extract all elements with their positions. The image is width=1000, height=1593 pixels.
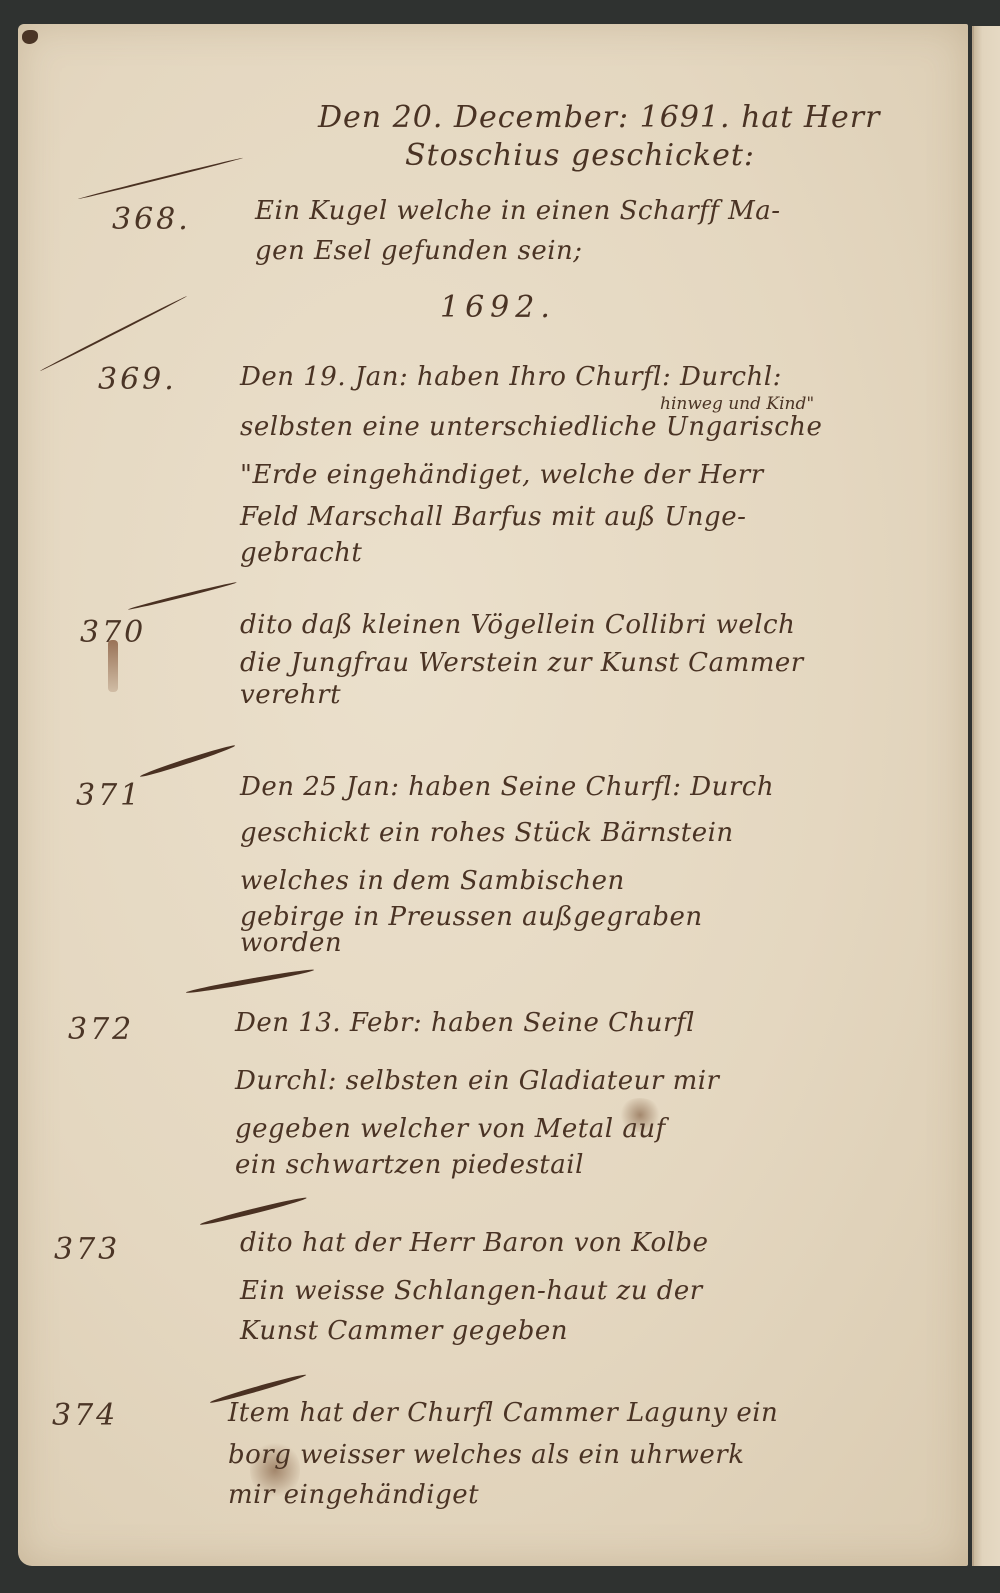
interlinear-insertion: hinweg und Kind" xyxy=(660,394,814,414)
entry-line: verehrt xyxy=(240,680,341,710)
entry-number: 373 xyxy=(54,1232,120,1267)
entry-line: welches in dem Sambischen xyxy=(240,866,625,896)
entry-number: 372 xyxy=(68,1012,134,1047)
entry-number: 369. xyxy=(98,362,177,397)
entry-line: selbsten eine unterschiedliche Ungarisch… xyxy=(240,412,822,442)
entry-line: Ein weisse Schlangen-haut zu der xyxy=(240,1276,703,1306)
entry-line: dito hat der Herr Baron von Kolbe xyxy=(240,1228,708,1258)
year-heading: 1692. xyxy=(440,290,556,325)
entry-line: Kunst Cammer gegeben xyxy=(240,1316,568,1346)
entry-number: 374 xyxy=(52,1398,118,1433)
ink-smear xyxy=(108,640,118,692)
entry-line: gegeben welcher von Metal auf xyxy=(235,1114,666,1144)
entry-line: Den 13. Febr: haben Seine Churfl xyxy=(235,1008,695,1038)
entry-number: 371 xyxy=(76,778,142,813)
adjacent-page-edge xyxy=(972,26,1000,1566)
heading-line-1: Den 20. December: 1691. hat Herr xyxy=(318,100,880,135)
entry-line: ein schwartzen piedestail xyxy=(235,1150,584,1180)
entry-line: mir eingehändiget xyxy=(228,1480,479,1510)
entry-line: Item hat der Churfl Cammer Laguny ein xyxy=(228,1398,778,1428)
entry-line: Den 19. Jan: haben Ihro Churfl: Durchl: xyxy=(240,362,782,392)
entry-line: "Erde eingehändiget, welche der Herr xyxy=(240,460,764,490)
entry-line: gebracht xyxy=(240,538,362,568)
entry-line: borg weisser welches als ein uhrwerk xyxy=(228,1440,745,1470)
entry-line: Durchl: selbsten ein Gladiateur mir xyxy=(235,1066,719,1096)
entry-line: dito daß kleinen Vögellein Collibri welc… xyxy=(240,610,795,640)
entry-line: Feld Marschall Barfus mit auß Unge- xyxy=(240,502,746,532)
entry-line: die Jungfrau Werstein zur Kunst Cammer xyxy=(240,648,804,678)
entry-number: 368. xyxy=(112,202,191,237)
entry-line: worden xyxy=(240,928,342,958)
entry-line: Den 25 Jan: haben Seine Churfl: Durch xyxy=(240,772,774,802)
heading-line-2: Stoschius geschicket: xyxy=(405,138,755,173)
entry-line: geschickt ein rohes Stück Bärnstein xyxy=(240,818,734,848)
entry-line: Ein Kugel welche in einen Scharff Ma- xyxy=(255,196,781,226)
entry-line: gen Esel gefunden sein; xyxy=(255,236,583,266)
